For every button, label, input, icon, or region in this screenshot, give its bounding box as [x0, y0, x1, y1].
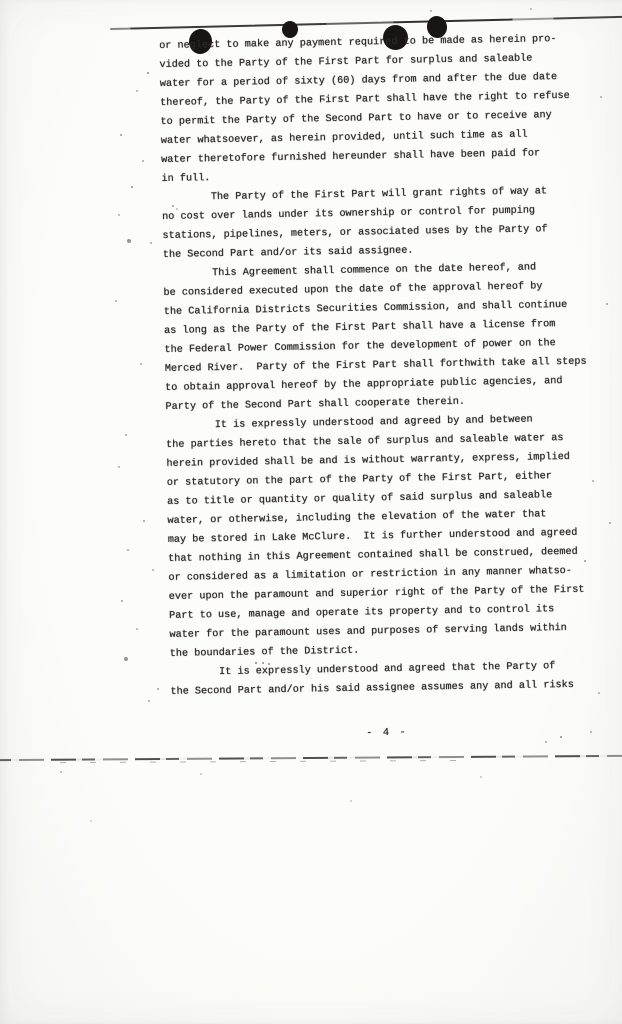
scan-noise-speckles	[0, 0, 2, 2]
paragraph-warranty-disclaimer: It is expressly understood and agreed by…	[166, 409, 602, 664]
paragraph-agreement-commencement: This Agreement shall commence on the dat…	[163, 257, 598, 417]
paragraph-rights-of-way: The Party of the First Part will grant r…	[162, 181, 595, 265]
scan-artifact-top-line	[110, 16, 622, 30]
scanned-document-page: or neglect to make any payment required …	[0, 0, 622, 1024]
scan-artifact-bottom-line-faint	[60, 760, 480, 763]
paragraph-risk-assumption: It is expressly understood and agreed th…	[170, 656, 603, 702]
page-number: - 4 -	[350, 726, 424, 739]
document-body: or neglect to make any payment required …	[159, 29, 603, 701]
paragraph-payment-refusal: or neglect to make any payment required …	[159, 29, 594, 189]
